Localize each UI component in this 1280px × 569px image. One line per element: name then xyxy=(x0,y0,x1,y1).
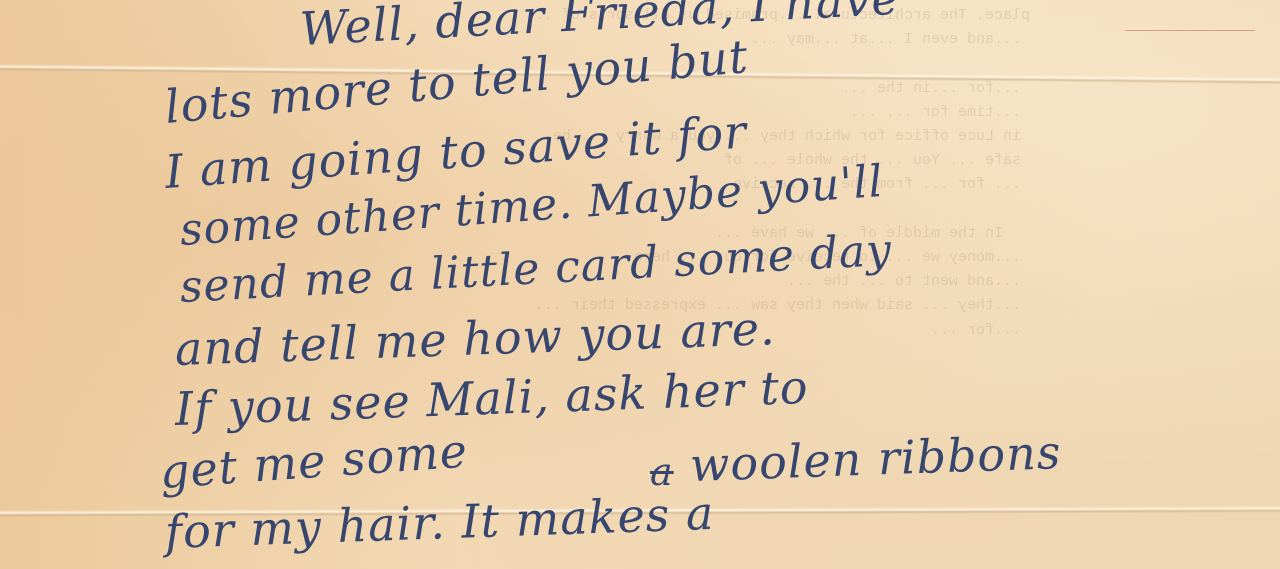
handwritten-line: for my hair. It makes a xyxy=(164,486,715,559)
letter-page: place. The architectural ...promised us … xyxy=(0,0,1280,569)
red-rule-line xyxy=(1125,30,1255,31)
handwritten-line: woolen ribbons xyxy=(689,425,1062,492)
